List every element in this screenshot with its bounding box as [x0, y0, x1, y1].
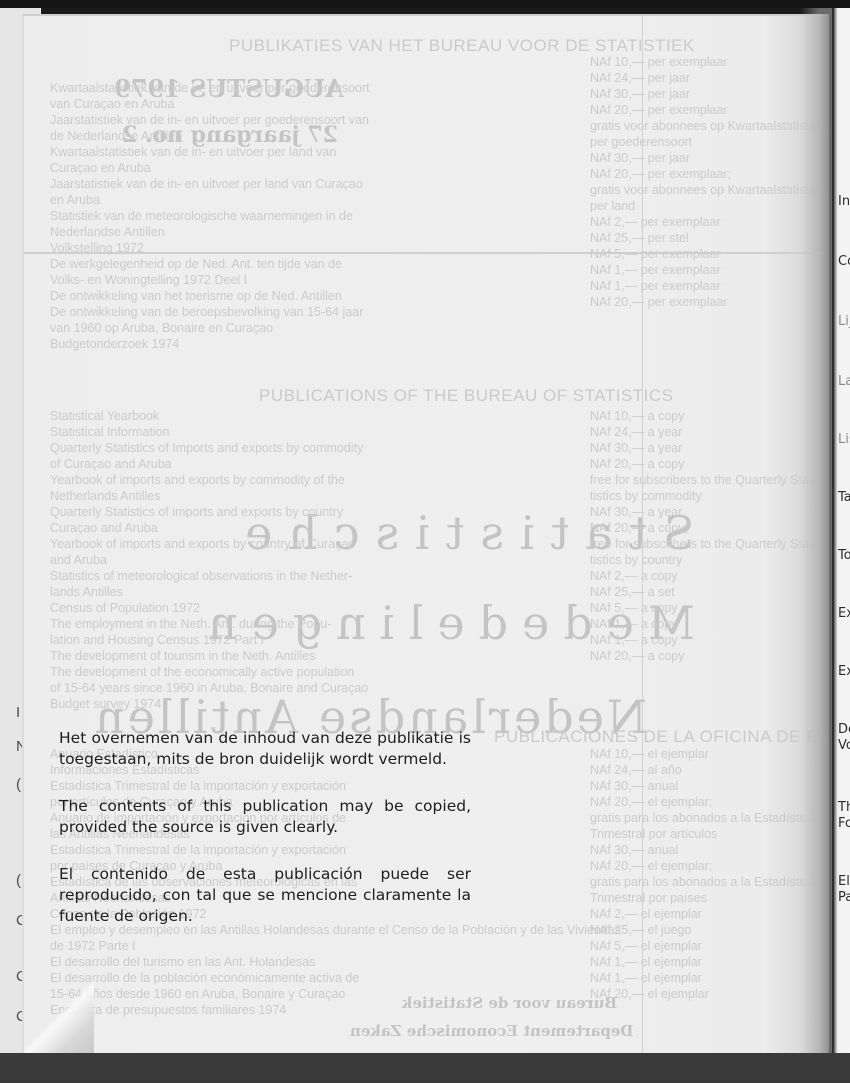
- notice-dutch: Het overnemen van de inhoud van deze pub…: [59, 728, 471, 770]
- ghost-line: lands Antilles: [50, 584, 368, 600]
- facing-glyph: Co: [838, 254, 850, 269]
- ghost-heading-dutch: PUBLIKATIES VAN HET BUREAU VOOR DE STATI…: [229, 36, 695, 56]
- ghost-line: free for subscribers to the Quarterly St…: [590, 536, 813, 552]
- facing-glyph: To: [838, 548, 850, 563]
- ghost-line: Jaarstatistiek van de in- en uitvoer per…: [50, 176, 370, 192]
- ghost-line: NAf 20,— el ejemplar: [590, 986, 815, 1002]
- facing-glyph: De: [838, 722, 850, 737]
- ghost-line: lation and Housing Census 1972 Part I: [50, 632, 368, 648]
- ghost-line: NAf 1,— per exemplaar: [590, 278, 825, 294]
- facing-page-edge: Inh Co Lij Las Lis Ta To Exp Exp De Vo T…: [832, 8, 850, 1058]
- ghost-line: NAf 30,— a year: [590, 504, 813, 520]
- ghost-line: Yearbook of imports and exports by count…: [50, 536, 368, 552]
- ghost-line: NAf 24,— a year: [590, 424, 813, 440]
- ghost-line: NAf 20,— a copy: [590, 456, 813, 472]
- ghost-line: Budget survey 1974: [50, 696, 368, 712]
- ghost-line: NAf 20,— a copy: [590, 648, 813, 664]
- ghost-line: NAf 1,— el ejemplar: [590, 954, 815, 970]
- ghost-heading-english: PUBLICATIONS OF THE BUREAU OF STATISTICS: [259, 386, 674, 406]
- ghost-line: Statistics of meteorological observation…: [50, 568, 368, 584]
- ghost-line: NAf 10,— per exemplaar: [590, 54, 825, 70]
- ghost-line: NAf 20,— el ejemplar;: [590, 858, 815, 874]
- ghost-line: gratis para los abonados a la Estadístic…: [590, 874, 815, 890]
- ghost-line: Kwartaalstatistiek van de in- en uitvoer…: [50, 144, 370, 160]
- ghost-line: De ontwikkeling van de beroepsbevolking …: [50, 304, 370, 320]
- ghost-line: De werkgelegenheid op de Ned. Ant. ten t…: [50, 256, 370, 272]
- ghost-line: Census of Population 1972: [50, 600, 368, 616]
- ghost-heading-spanish: PUBLICACIONES DE LA OFICINA DE ESTADISTI…: [494, 727, 829, 747]
- ghost-line: NAf 20,— per exemplaar;: [590, 166, 825, 182]
- ghost-line: Yearbook of imports and exports by commo…: [50, 472, 368, 488]
- ghost-line: NAf 25,— el juego: [590, 922, 815, 938]
- ghost-line: en Aruba: [50, 192, 370, 208]
- binding-shadow: [800, 8, 834, 1063]
- ghost-line: NAf 30,— a year: [590, 440, 813, 456]
- notice-spanish: El contenido de esta publicación puede s…: [59, 864, 471, 927]
- ghost-line: NAf 30,— anual: [590, 778, 815, 794]
- facing-glyph: Exp: [838, 606, 850, 621]
- ghost-line: and Aruba: [50, 552, 368, 568]
- ghost-line: NAf 25,— a set: [590, 584, 813, 600]
- facing-glyph: Exp: [838, 664, 850, 679]
- ghost-line: Jaarstatistiek van de in- en uitvoer per…: [50, 112, 370, 128]
- ghost-line: Quarterly Statistics of Imports and expo…: [50, 440, 368, 456]
- ghost-line: NAf 2,— el ejemplar: [590, 906, 815, 922]
- ghost-line: Netherlands Antilles: [50, 488, 368, 504]
- ghost-line: Budgetonderzoek 1974: [50, 336, 370, 352]
- edge-glyph: I: [16, 704, 20, 721]
- ghost-dutch-titles: Kwartaalstatistiek van de in- en uitvoer…: [50, 80, 370, 352]
- ghost-line: NAf 2,— per exemplaar: [590, 214, 825, 230]
- scanner-border-bottom: [0, 1053, 850, 1083]
- ghost-line: gratis para los abonados a la Estadístic…: [590, 810, 815, 826]
- ghost-line: El desarrollo de la población económicam…: [50, 970, 621, 986]
- facing-glyph: Fo: [838, 816, 850, 831]
- ghost-line: van 1960 op Aruba, Bonaire en Curaçao: [50, 320, 370, 336]
- ghost-line: NAf 5,— el ejemplar: [590, 938, 815, 954]
- ghost-line: NAf 30,— per jaar: [590, 150, 825, 166]
- edge-glyph: (: [16, 872, 21, 889]
- document-page: AUGUSTUS 1979 27 jaargang no. 2 Statisti…: [22, 14, 829, 1066]
- ghost-line: Trimestral por países: [590, 890, 815, 906]
- ghost-line: NAf 20,— a copy;: [590, 520, 813, 536]
- ghost-line: Curaçao en Aruba: [50, 160, 370, 176]
- scanner-border-top: [0, 0, 850, 8]
- ghost-line: de Nederlandse Antillen: [50, 128, 370, 144]
- facing-glyph: Th: [838, 800, 850, 815]
- ghost-line: gratis voor abonnees op Kwartaalstatisti…: [590, 182, 825, 198]
- ghost-line: tistics by commodity: [590, 488, 813, 504]
- ghost-line: Statistiek van de meteorologische waarne…: [50, 208, 370, 224]
- ghost-line: of 15-64 years since 1960 in Aruba, Bona…: [50, 680, 368, 696]
- ghost-line: NAf 10,— el ejemplar: [590, 746, 815, 762]
- ghost-line: NAf 10,— a copy: [590, 408, 813, 424]
- ghost-line: The development of tourism in the Neth. …: [50, 648, 368, 664]
- ghost-line: 15-64 años desde 1960 en Aruba, Bonaire …: [50, 986, 621, 1002]
- ghost-line: NAf 30,— anual: [590, 842, 815, 858]
- facing-glyph: Lij: [838, 314, 850, 329]
- ghost-line: tistics by country: [590, 552, 813, 568]
- ghost-line: per goederensoort: [590, 134, 825, 150]
- ghost-line: Volks- en Woningtelling 1972 Deel I: [50, 272, 370, 288]
- ghost-line: NAf 20,— per exemplaar: [590, 294, 825, 310]
- facing-glyph: Inh: [838, 194, 850, 209]
- ghost-line: Trimestral por artículos: [590, 826, 815, 842]
- ghost-line: van Curaçao en Aruba: [50, 96, 370, 112]
- ghost-line: NAf 20,— el ejemplar;: [590, 794, 815, 810]
- edge-glyph: (: [16, 776, 21, 793]
- ghost-line: Volkstelling 1972: [50, 240, 370, 256]
- facing-glyph: Lis: [838, 432, 850, 447]
- ghost-line: NAf 5,— per exemplaar: [590, 246, 825, 262]
- ghost-line: NAf 1,— per exemplaar: [590, 262, 825, 278]
- ghost-line: NAf 1,— a copy: [590, 632, 813, 648]
- facing-glyph: Pa: [838, 890, 850, 905]
- ghost-line: Statistical Information: [50, 424, 368, 440]
- ghost-publisher-2: Departement Economische Zaken: [350, 1022, 633, 1040]
- ghost-line: free for subscribers to the Quarterly St…: [590, 472, 813, 488]
- ghost-line: of Curaçao and Aruba: [50, 456, 368, 472]
- ghost-line: NAf 24,— per jaar: [590, 70, 825, 86]
- ghost-line: El desarrollo del turismo en las Ant. Ho…: [50, 954, 621, 970]
- ghost-line: per land: [590, 198, 825, 214]
- ghost-line: NAf 1,— a copy: [590, 616, 813, 632]
- ghost-line: Nederlandse Antillen: [50, 224, 370, 240]
- facing-glyph: El: [838, 874, 850, 889]
- copyright-notice: Het overnemen van de inhoud van deze pub…: [59, 728, 471, 953]
- ghost-line: gratis voor abonnees op Kwartaalstatisti…: [590, 118, 825, 134]
- ghost-line: Statistical Yearbook: [50, 408, 368, 424]
- facing-glyph: Vo: [838, 738, 850, 753]
- ghost-line: NAf 20,— per exemplaar: [590, 102, 825, 118]
- ghost-line: NAf 24,— al año: [590, 762, 815, 778]
- facing-glyph: Las: [838, 374, 850, 389]
- ghost-dutch-prices: NAf 10,— per exemplaarNAf 24,— per jaarN…: [590, 54, 825, 310]
- ghost-line: The employment in the Neth. Ant. during …: [50, 616, 368, 632]
- ghost-line: NAf 30,— per jaar: [590, 86, 825, 102]
- ghost-line: NAf 25,— per stel: [590, 230, 825, 246]
- facing-glyph: Ta: [838, 490, 850, 505]
- ghost-line: Curaçao and Aruba: [50, 520, 368, 536]
- ghost-line: NAf 2,— a copy: [590, 568, 813, 584]
- ghost-english-prices: NAf 10,— a copyNAf 24,— a yearNAf 30,— a…: [590, 408, 813, 664]
- ghost-line: NAf 5,— a copy: [590, 600, 813, 616]
- ghost-line: Encuesta de presupuestos familiares 1974: [50, 1002, 621, 1018]
- ghost-line: Quarterly Statistics of imports and expo…: [50, 504, 368, 520]
- ghost-line: Kwartaalstatistiek van de in- en uitvoer…: [50, 80, 370, 96]
- ghost-line: De ontwikkeling van het toerisme op de N…: [50, 288, 370, 304]
- ghost-spanish-prices: NAf 10,— el ejemplarNAf 24,— al añoNAf 3…: [590, 746, 815, 1002]
- ghost-english-titles: Statistical YearbookStatistical Informat…: [50, 408, 368, 712]
- ghost-line: NAf 1,— el ejemplar: [590, 970, 815, 986]
- ghost-line: The development of the economically acti…: [50, 664, 368, 680]
- notice-english: The contents of this publication may be …: [59, 796, 471, 838]
